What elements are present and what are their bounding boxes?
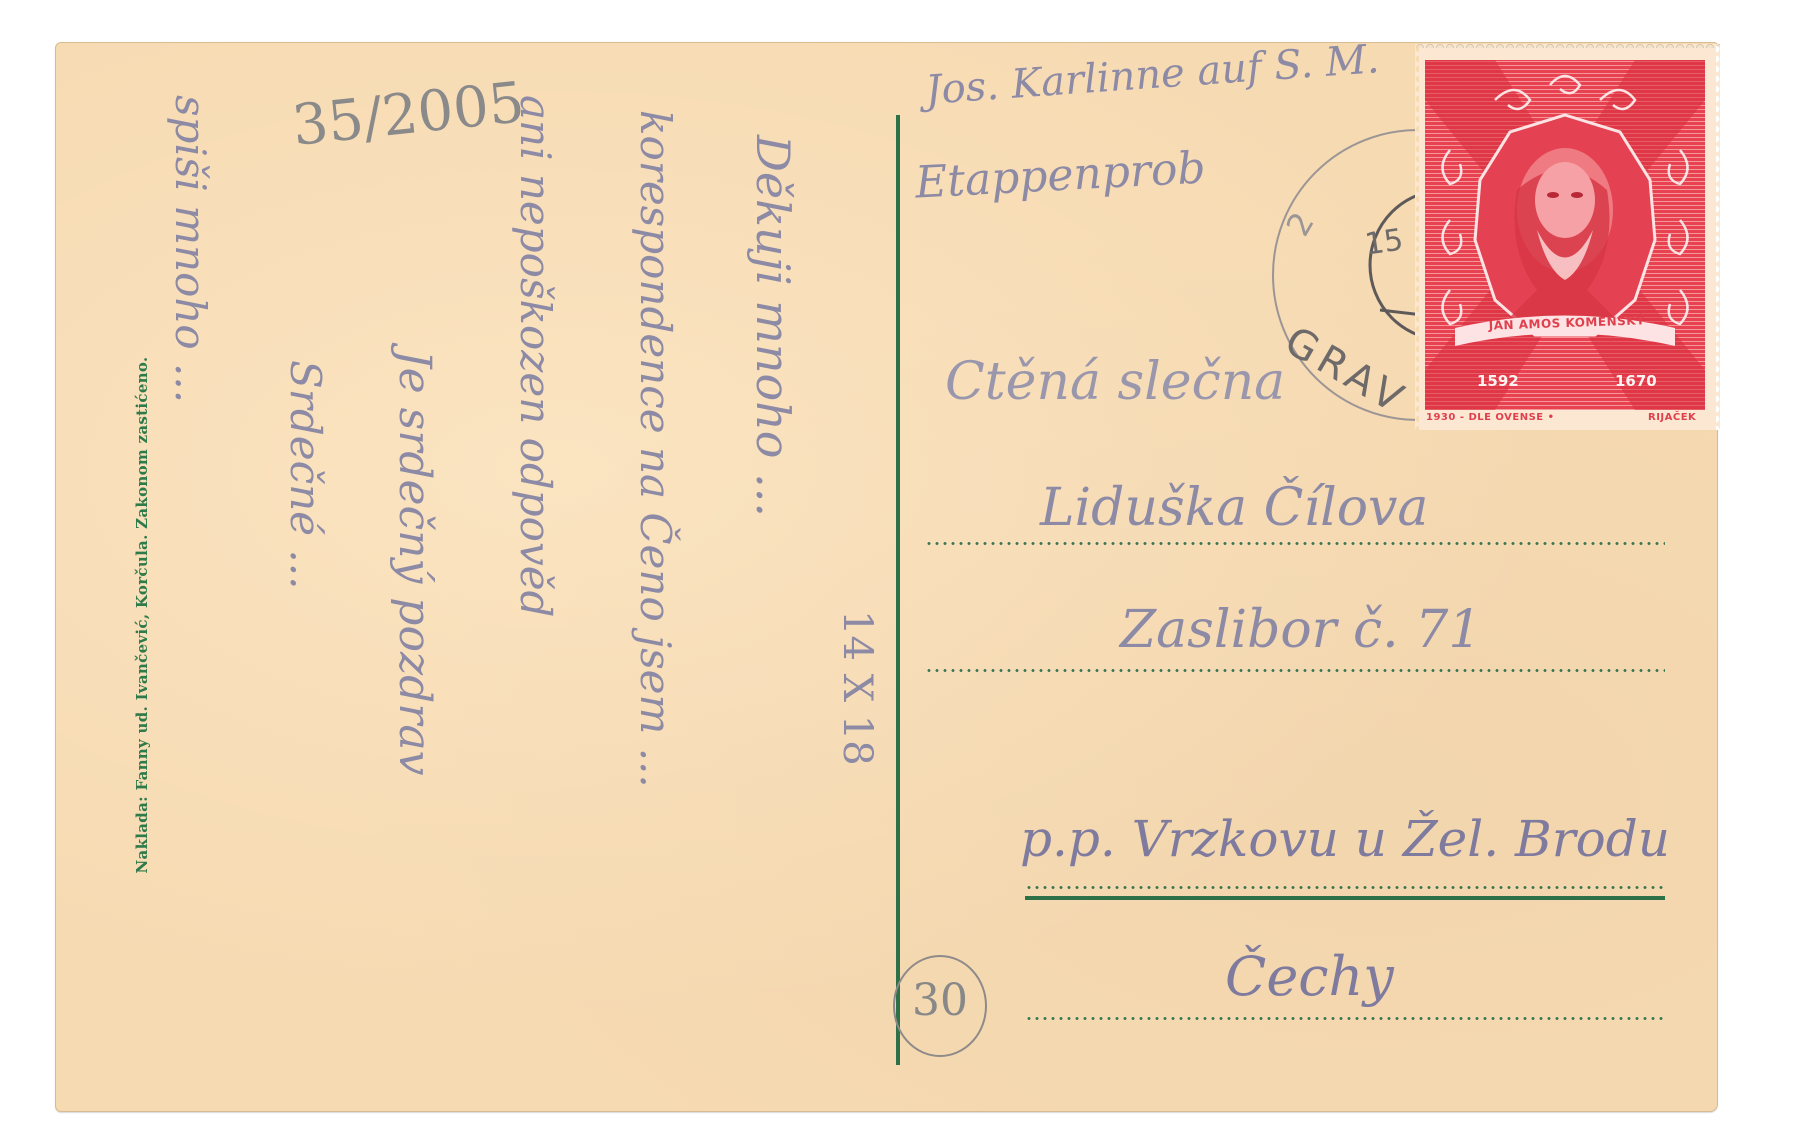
stamp-caption-left: 1930 - DLE OVENSE •	[1426, 412, 1555, 423]
message-column: spiši mnoho ...	[166, 95, 215, 403]
publisher-imprint: Naklada: Fanny ud. Ivančević, Korčula. Z…	[133, 357, 151, 874]
postmark-day: 15	[1363, 223, 1406, 263]
message-column: Srdečné ...	[281, 360, 330, 589]
circled-number: 30	[912, 975, 968, 1026]
address-name: Liduška Čílova	[1040, 478, 1428, 538]
message-column: ani nepoškozen odpověd	[511, 95, 560, 617]
date-note: 14 X 18	[834, 610, 880, 766]
stamp-perforation	[1716, 44, 1724, 430]
stamp-year-birth: 1592	[1477, 372, 1519, 390]
address-post: p.p. Vrzkovu u Žel. Brodu	[1020, 810, 1670, 868]
address-salutation: Ctěná slečna	[945, 352, 1285, 412]
stamp-year-death: 1670	[1615, 372, 1657, 390]
stamp-perforation	[1415, 40, 1720, 48]
address-line-1	[925, 542, 1665, 545]
stamp-design: JAN AMOS KOMENSKÝ 1592 1670	[1425, 60, 1705, 410]
address-street: Zaslibor č. 71	[1120, 600, 1481, 660]
message-column: korespondence na Čeno jsem ...	[631, 110, 680, 788]
message-column: Je srdečný pozdrav	[389, 350, 440, 775]
stamp-caption-right: RIJAČEK	[1648, 412, 1696, 423]
address-line-3	[1025, 886, 1665, 889]
address-line-2	[925, 669, 1665, 672]
address-underline	[1025, 896, 1665, 900]
stamp-perforation	[1411, 44, 1419, 430]
address-country: Čechy	[1225, 945, 1394, 1008]
address-line-4	[1025, 1017, 1665, 1020]
stamp-portrait-icon	[1425, 60, 1705, 410]
message-column: Děkuji mnoho ...	[746, 135, 800, 517]
center-divider	[896, 115, 900, 1065]
